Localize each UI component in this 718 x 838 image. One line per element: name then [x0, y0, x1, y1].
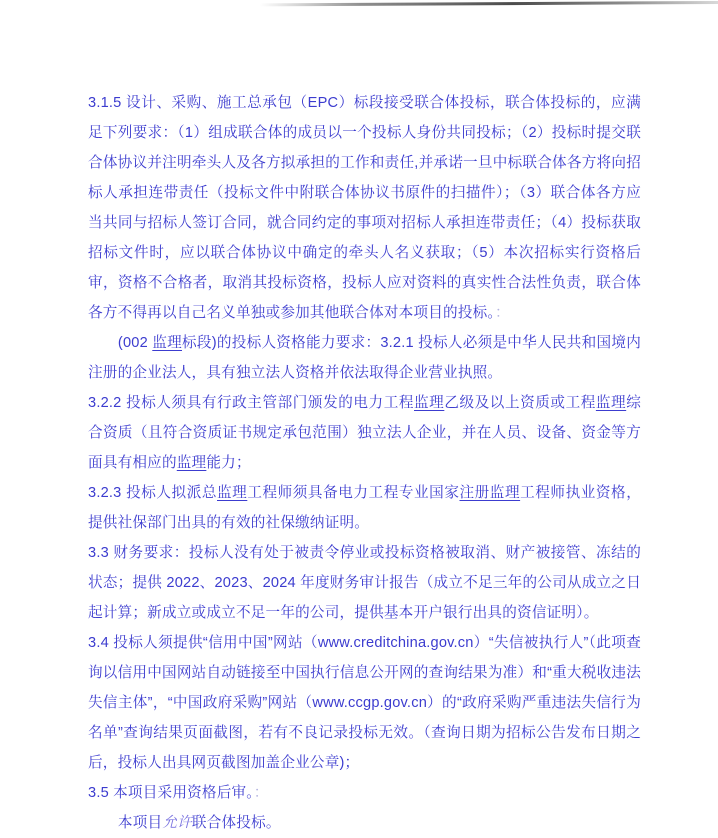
text-run: 工程师须具备电力工程专业国家: [247, 485, 459, 501]
text-run: 3.2.3 投标人拟派总: [88, 485, 217, 501]
paragraph-clause-3-2-3: 3.2.3 投标人拟派总监理工程师须具备电力工程专业国家注册监理工程师执业资格，…: [88, 478, 641, 538]
text-run: 监理: [177, 455, 207, 471]
text-run: ：: [495, 305, 510, 321]
scan-edge-artifact: [260, 1, 718, 6]
text-run: 监理: [414, 395, 444, 411]
paragraph-clause-002-and-3-2-1: (002 监理标段)的投标人资格能力要求：3.2.1 投标人必须是中华人民共和国…: [88, 328, 641, 388]
paragraph-clause-3-2-2: 3.2.2 投标人须具有行政主管部门颁发的电力工程监理乙级及以上资质或工程监理综…: [88, 388, 641, 478]
paragraph-clause-consortium-allowed: 本项目允许联合体投标。: [88, 808, 641, 838]
document-content: 3.1.5 设计、采购、施工总承包（EPC）标段接受联合体投标，联合体投标的，应…: [88, 88, 641, 838]
text-run: 3.2.2 投标人须具有行政主管部门颁发的电力工程: [88, 395, 414, 411]
text-run: 3.4 投标人须提供“信用中国”网站（www.creditchina.gov.c…: [88, 635, 641, 771]
text-run: 3.3 财务要求：投标人没有处于被责令停业或投标资格被取消、财产被接管、冻结的状…: [88, 545, 641, 621]
text-run: 联合体投标。: [192, 815, 281, 831]
text-run: ：: [254, 785, 269, 801]
text-run: 3.5 本项目采用资格后审。: [88, 785, 254, 801]
text-run: (002: [118, 335, 152, 351]
text-run: 允许: [162, 815, 192, 831]
text-run: 本项目: [118, 815, 162, 831]
document-page: 3.1.5 设计、采购、施工总承包（EPC）标段接受联合体投标，联合体投标的，应…: [0, 0, 718, 838]
text-run: 能力；: [206, 455, 250, 471]
text-run: 监理: [217, 485, 247, 501]
text-run: 注册监理: [459, 485, 520, 501]
text-run: 监理: [152, 335, 182, 351]
paragraph-clause-3-3: 3.3 财务要求：投标人没有处于被责令停业或投标资格被取消、财产被接管、冻结的状…: [88, 538, 641, 628]
text-run: 监理: [596, 395, 626, 411]
paragraph-clause-3-1-5: 3.1.5 设计、采购、施工总承包（EPC）标段接受联合体投标，联合体投标的，应…: [88, 88, 641, 328]
paragraph-clause-3-5: 3.5 本项目采用资格后审。：: [88, 778, 641, 808]
paragraph-clause-3-4: 3.4 投标人须提供“信用中国”网站（www.creditchina.gov.c…: [88, 628, 641, 778]
text-run: 3.1.5 设计、采购、施工总承包（EPC）标段接受联合体投标，联合体投标的，应…: [88, 95, 641, 321]
text-run: 乙级及以上资质或工程: [444, 395, 596, 411]
